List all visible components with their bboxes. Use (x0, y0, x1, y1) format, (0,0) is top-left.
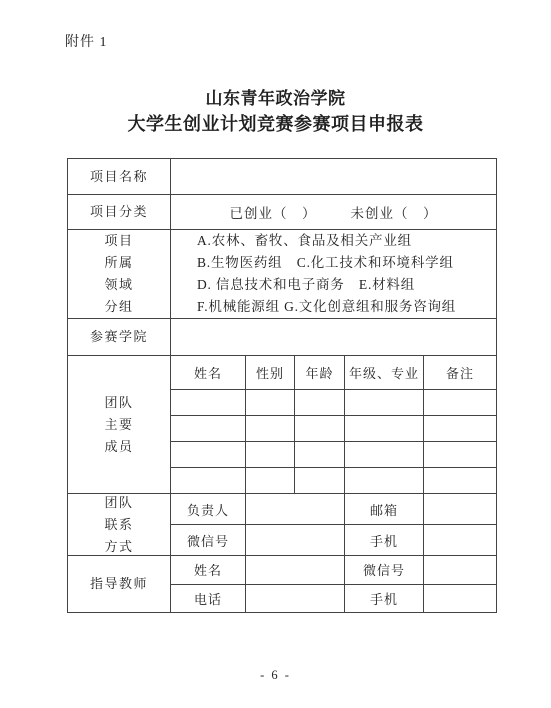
team-members-label-line2: 主要 (104, 414, 133, 436)
member-cell (344, 416, 423, 441)
advisor-wechat-value-cell (423, 556, 496, 584)
college-value-cell (171, 319, 496, 355)
advisor-name-value-cell (245, 556, 344, 584)
member-cell (171, 442, 245, 467)
document-page: 附件 1 山东青年政治学院 大学生创业计划竞赛参赛项目申报表 项目名称 项目分类… (0, 0, 551, 708)
attachment-label: 附件 1 (65, 31, 108, 51)
row-college: 参赛学院 (68, 318, 496, 355)
advisor-grid: 姓名 微信号 电话 手机 (171, 556, 496, 612)
team-contact-label: 团队 联系 方式 (68, 494, 171, 555)
member-cell (171, 390, 245, 415)
project-field-label-line1: 项目 (104, 230, 133, 252)
advisor-label: 指导教师 (68, 556, 171, 612)
advisor-name-label: 姓名 (171, 556, 245, 584)
option-not-started: 未创业（ ） (351, 202, 438, 222)
project-category-options: 已创业（ ） 未创业（ ） (171, 195, 496, 229)
member-row-3 (171, 441, 496, 467)
member-cell (344, 468, 423, 493)
advisor-mobile-value-cell (423, 585, 496, 613)
team-members-label-line3: 成员 (104, 436, 133, 458)
field-option-a: A.农林、畜牧、食品及相关产业组 (197, 230, 496, 252)
email-value-cell (423, 494, 496, 524)
member-cell (171, 468, 245, 493)
member-row-4 (171, 467, 496, 493)
team-members-label: 团队 主要 成员 (68, 356, 171, 493)
team-members-grid: 姓名 性别 年龄 年级、专业 备注 (171, 356, 496, 493)
member-cell (294, 468, 344, 493)
member-cell (423, 390, 496, 415)
col-header-remarks: 备注 (423, 356, 496, 389)
wechat-value-cell (245, 525, 344, 555)
wechat-label: 微信号 (171, 525, 245, 555)
member-cell (423, 442, 496, 467)
field-option-d-e: D. 信息技术和电子商务 E.材料组 (197, 274, 496, 296)
page-title-form-name: 大学生创业计划竞赛参赛项目申报表 (0, 110, 551, 136)
member-row-1 (171, 389, 496, 415)
member-cell (171, 416, 245, 441)
row-project-field: 项目 所属 领域 分组 A.农林、畜牧、食品及相关产业组 B.生物医药组 C.化… (68, 229, 496, 318)
member-cell (245, 390, 294, 415)
row-team-contact: 团队 联系 方式 负责人 邮箱 微信号 手机 (68, 493, 496, 555)
member-row-2 (171, 415, 496, 441)
member-cell (294, 416, 344, 441)
team-contact-label-line1: 团队 (104, 492, 133, 514)
page-title-university: 山东青年政治学院 (0, 84, 551, 109)
project-name-value-cell (171, 159, 496, 194)
page-number: - 6 - (0, 668, 551, 683)
row-advisor: 指导教师 姓名 微信号 电话 手机 (68, 555, 496, 612)
advisor-row-1: 姓名 微信号 (171, 556, 496, 584)
mobile-label: 手机 (344, 525, 423, 555)
row-team-members: 团队 主要 成员 姓名 性别 年龄 年级、专业 备注 (68, 355, 496, 493)
advisor-row-2: 电话 手机 (171, 584, 496, 613)
contact-row-1: 负责人 邮箱 (171, 494, 496, 524)
advisor-mobile-label: 手机 (344, 585, 423, 613)
project-field-options: A.农林、畜牧、食品及相关产业组 B.生物医药组 C.化工技术和环境科学组 D.… (171, 230, 496, 318)
mobile-value-cell (423, 525, 496, 555)
leader-label: 负责人 (171, 494, 245, 524)
field-option-b-c: B.生物医药组 C.化工技术和环境科学组 (197, 252, 496, 274)
team-contact-label-line3: 方式 (104, 536, 133, 558)
team-contact-label-line2: 联系 (104, 514, 133, 536)
option-started: 已创业（ ） (230, 202, 317, 222)
leader-value-cell (245, 494, 344, 524)
advisor-phone-label: 电话 (171, 585, 245, 613)
member-cell (245, 416, 294, 441)
college-label: 参赛学院 (68, 319, 171, 355)
member-cell (294, 390, 344, 415)
project-field-label-line4: 分组 (104, 296, 133, 318)
col-header-name: 姓名 (171, 356, 245, 389)
row-project-name: 项目名称 (68, 159, 496, 194)
application-form-table: 项目名称 项目分类 已创业（ ） 未创业（ ） 项目 所属 领域 分组 A.农林… (67, 158, 497, 613)
member-cell (423, 468, 496, 493)
advisor-phone-value-cell (245, 585, 344, 613)
team-members-label-line1: 团队 (104, 392, 133, 414)
project-name-label: 项目名称 (68, 159, 171, 194)
field-option-f-g: F.机械能源组 G.文化创意组和服务咨询组 (197, 296, 496, 318)
project-field-label-line2: 所属 (104, 252, 133, 274)
member-cell (344, 442, 423, 467)
team-contact-grid: 负责人 邮箱 微信号 手机 (171, 494, 496, 555)
member-cell (245, 442, 294, 467)
col-header-gender: 性别 (245, 356, 294, 389)
col-header-grade-major: 年级、专业 (344, 356, 423, 389)
member-cell (294, 442, 344, 467)
row-project-category: 项目分类 已创业（ ） 未创业（ ） (68, 194, 496, 229)
team-members-header-row: 姓名 性别 年龄 年级、专业 备注 (171, 356, 496, 389)
email-label: 邮箱 (344, 494, 423, 524)
col-header-age: 年龄 (294, 356, 344, 389)
project-field-label-line3: 领域 (104, 274, 133, 296)
project-category-label: 项目分类 (68, 195, 171, 229)
member-cell (423, 416, 496, 441)
member-cell (245, 468, 294, 493)
project-category-value-cell: 已创业（ ） 未创业（ ） (171, 195, 496, 229)
advisor-wechat-label: 微信号 (344, 556, 423, 584)
contact-row-2: 微信号 手机 (171, 524, 496, 555)
member-cell (344, 390, 423, 415)
project-field-label: 项目 所属 领域 分组 (68, 230, 171, 318)
